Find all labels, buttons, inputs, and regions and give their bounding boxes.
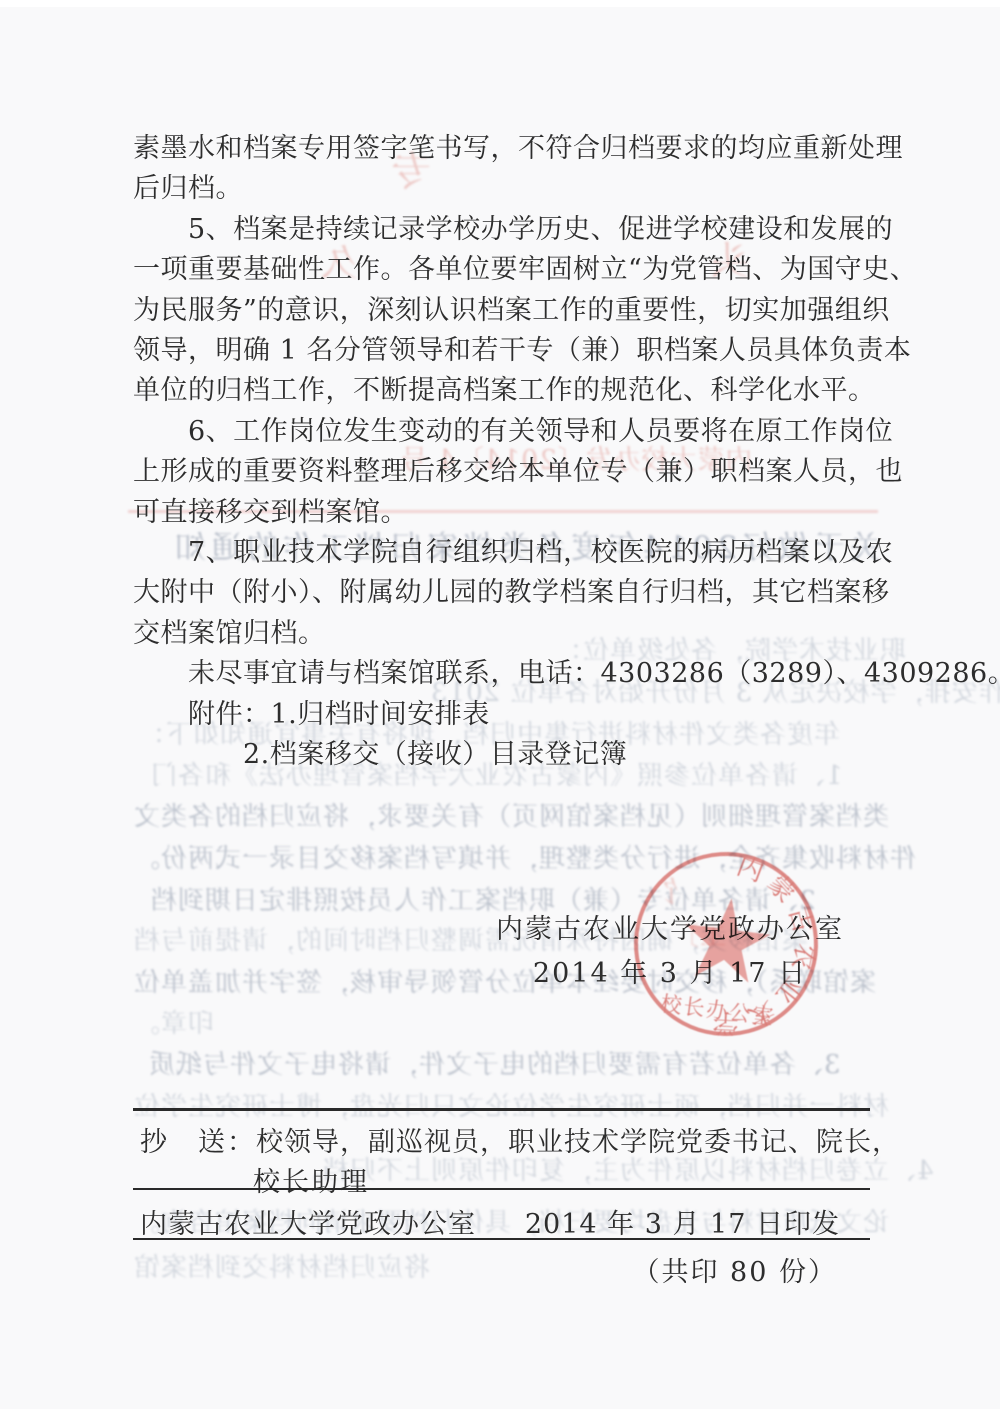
copies-note: （共印 80 份） bbox=[133, 1250, 837, 1289]
body-line: 2.档案移交（接收）目录登记簿 bbox=[133, 735, 881, 775]
body-line: 未尽事宜请与档案馆联系，电话：4303286（3289）、4309286。 bbox=[133, 654, 881, 694]
issuing-office: 内蒙古农业大学党政办公室 bbox=[140, 1202, 476, 1241]
issue-date: 2014 年 3 月 17 日印发 bbox=[525, 1202, 840, 1241]
body-line: 后归档。 bbox=[133, 169, 881, 209]
body-line: 可直接移交到档案馆。 bbox=[133, 493, 881, 533]
issue-row: 内蒙古农业大学党政办公室 2014 年 3 月 17 日印发 bbox=[140, 1202, 840, 1241]
body-line: 交档案馆归档。 bbox=[133, 614, 881, 654]
official-seal: 内蒙古农业大学 校长办公室 bbox=[617, 835, 835, 1053]
body-line: 为民服务”的意识，深刻认识档案工作的重要性，切实加强组织 bbox=[133, 291, 881, 331]
body-line: 7、职业技术学院自行组织归档，校医院的病历档案以及农 bbox=[133, 533, 881, 573]
body-line: 素墨水和档案专用签字笔书写，不符合归档要求的均应重新处理 bbox=[133, 129, 881, 169]
body-line: 领导，明确 1 名分管领导和若干专（兼）职档案人员具体负责本 bbox=[133, 331, 881, 371]
seal-star-icon bbox=[679, 893, 774, 984]
cc-recipients-line1: 校领导，副巡视员，职业技术学院党委书记、院长， bbox=[256, 1127, 900, 1158]
document-content: 素墨水和档案专用签字笔书写，不符合归档要求的均应重新处理后归档。5、档案是持续记… bbox=[0, 0, 1000, 1409]
scanned-document-page: 专久头内蒙大校办发〔2014〕4 号关于做好2014年度各类档案归档工作的通知职… bbox=[0, 0, 1000, 1409]
footer-rule-bottom bbox=[133, 1238, 870, 1240]
body-line: 附件：1.归档时间安排表 bbox=[133, 695, 881, 735]
cc-row: 抄 送：校领导，副巡视员，职业技术学院党委书记、院长， bbox=[140, 1120, 900, 1159]
body-line: 大附中（附小）、附属幼儿园的教学档案自行归档，其它档案移 bbox=[133, 573, 881, 613]
body-line: 6、工作岗位发生变动的有关领导和人员要将在原工作岗位 bbox=[133, 412, 881, 452]
body-line: 5、档案是持续记录学校办学历史、促进学校建设和发展的 bbox=[133, 210, 881, 250]
footer-rule-top bbox=[133, 1108, 870, 1111]
body-line: 上形成的重要资料整理后移交给本单位专（兼）职档案人员，也 bbox=[133, 452, 881, 492]
footer-rule-middle bbox=[133, 1188, 870, 1190]
body-line: 单位的归档工作，不断提高档案工作的规范化、科学化水平。 bbox=[133, 371, 881, 411]
cc-label: 抄 送： bbox=[140, 1127, 256, 1158]
cc-recipients-line2: 校长助理 bbox=[253, 1160, 369, 1199]
body-line: 一项重要基础性工作。各单位要牢固树立“为党管档、为国守史、 bbox=[133, 250, 881, 290]
document-body: 素墨水和档案专用签字笔书写，不符合归档要求的均应重新处理后归档。5、档案是持续记… bbox=[133, 129, 881, 776]
